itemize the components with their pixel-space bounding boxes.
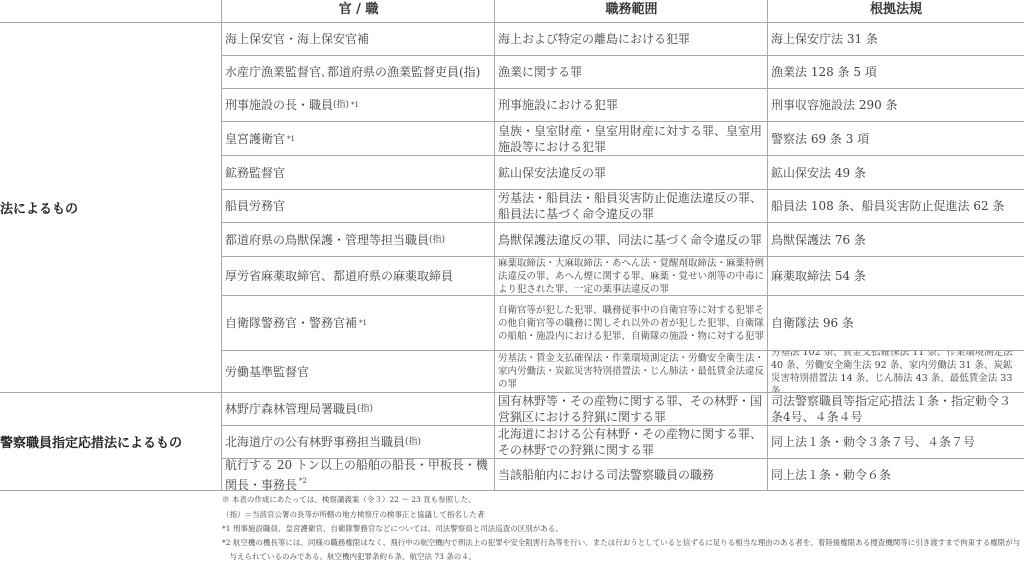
law-cell: 司法警察職員等指定応措法１条・指定勅令３条4号、４条４号 — [768, 393, 1024, 425]
official-name: 林野庁森林管理局署職員 — [225, 401, 357, 417]
scope-cell: 労基法・賃金支払確保法・作業環境測定法・労働安全衛生法・家内労働法・炭鉱災害特別… — [495, 351, 767, 392]
footnote-marker: *1 — [359, 315, 367, 331]
footnote-marker: *1 — [351, 97, 359, 113]
official-cell: 自衛隊警務官・警務官補*1 — [222, 296, 494, 350]
official-cell: 船員労務官 — [222, 190, 494, 222]
scope-cell: 海上および特定の離島における犯罪 — [495, 23, 767, 55]
scope-cell: 鳥獣保護法違反の罪、同法に基づく命令違反の罪 — [495, 223, 767, 256]
footnote: ※ 本表の作成にあたっては、検察講義案（令３）22 ～ 23 頁も参照した。 — [222, 494, 476, 505]
scope-cell: 労基法・船員法・船員災害防止促進法違反の罪、船員法に基づく命令違反の罪 — [495, 190, 767, 222]
footnote: *2 航空機の機長等には、同様の職務権限はなく、飛行中の航空機内で刑法上の犯罪や… — [222, 537, 1020, 548]
official-name: 航行する 20 トン以上の船舶の船長・甲板長・機関長・事務長 — [225, 459, 488, 490]
official-name: 自衛隊警務官・警務官補 — [225, 315, 357, 331]
official-name: 都道府県の鳥獣保護・管理等担当職員 — [225, 232, 429, 248]
group-label: 法によるもの — [0, 22, 78, 392]
designation-tag: (指) — [405, 434, 421, 450]
official-name: 皇宮護衛官 — [225, 131, 285, 147]
scope-cell: 自衛官等が犯した犯罪、職務従事中の自衛官等に対する犯罪その他自衛官等の職務に関し… — [495, 296, 767, 350]
official-name: 鉱務監督官 — [225, 165, 285, 181]
official-cell: 都道府県の鳥獣保護・管理等担当職員(指) — [222, 223, 494, 256]
designation-tag: (指) — [429, 232, 445, 248]
official-name: 船員労務官 — [225, 198, 285, 214]
designation-tag: (指) — [333, 97, 349, 113]
law-cell: 同上法１条・勅令３条７号、４条７号 — [768, 426, 1024, 458]
header-official: 官 / 職 — [222, 0, 495, 22]
official-name: 労働基準監督官 — [225, 364, 309, 380]
official-cell: 鉱務監督官 — [222, 156, 494, 189]
scope-cell: 国有林野等・その産物に関する罪、その林野・国営猟区における狩猟に関する罪 — [495, 393, 767, 425]
official-cell: 皇宮護衛官*1 — [222, 122, 494, 155]
footnote-marker: *1 — [287, 131, 295, 147]
footnote-marker: *2 — [299, 477, 307, 485]
official-name: 刑事施設の長・職員 — [225, 97, 333, 113]
official-name: 厚労省麻薬取締官、都道府県の麻薬取締員 — [225, 268, 453, 284]
table-bottom — [0, 490, 1024, 491]
scope-cell: 刑事施設における犯罪 — [495, 89, 767, 121]
law-cell: 自衛隊法 96 条 — [768, 296, 1024, 350]
official-name: 北海道庁の公有林野事務担当職員 — [225, 434, 405, 450]
scope-cell: 北海道における公有林野・その産物に関する罪、その林野での狩猟に関する罪 — [495, 426, 767, 458]
header-law: 根拠法規 — [768, 0, 1024, 22]
footnote: *1 刑事施設職員、皇宮護衛官、自衛隊警務官などについては、司法警察員と司法巡査… — [222, 523, 563, 534]
official-cell: 水産庁漁業監督官､都道府県の漁業監督吏員(指) — [222, 56, 494, 88]
group-label: 警察職員指定応措法によるもの — [0, 392, 182, 490]
law-cell: 海上保安庁法 31 条 — [768, 23, 1024, 55]
official-cell: 航行する 20 トン以上の船舶の船長・甲板長・機関長・事務長*2 — [222, 459, 494, 490]
law-cell: 麻薬取締法 54 条 — [768, 257, 1024, 295]
law-cell: 鳥獣保護法 76 条 — [768, 223, 1024, 256]
law-cell: 警察法 69 条 3 項 — [768, 122, 1024, 155]
official-cell: 海上保安官・海上保安官補 — [222, 23, 494, 55]
official-name: 水産庁漁業監督官､都道府県の漁業監督吏員(指) — [225, 64, 480, 80]
designation-tag: (指) — [357, 401, 373, 417]
law-cell: 鉱山保安法 49 条 — [768, 156, 1024, 189]
scope-cell: 当該船舶内における司法警察職員の職務 — [495, 459, 767, 490]
law-cell: 刑事収容施設法 290 条 — [768, 89, 1024, 121]
law-cell: 船員法 108 条、船員災害防止促進法 62 条 — [768, 190, 1024, 222]
official-name: 海上保安官・海上保安官補 — [225, 31, 369, 47]
header-scope: 職務範囲 — [495, 0, 768, 22]
law-cell: 労基法 102 条、賃金支払確保法 11 条、作業環境測定法 40 条、労働安全… — [768, 351, 1024, 392]
scope-cell: 漁業に関する罪 — [495, 56, 767, 88]
footnote: 与えられているのみである。航空機内犯罪条約６条、航空法 73 条の４。 — [222, 551, 476, 562]
law-cell: 同上法１条・勅令６条 — [768, 459, 1024, 490]
footnote: （指）＝当該官公署の長等が所轄の地方検察庁の検事正と協議して指名した者 — [222, 509, 485, 520]
official-cell: 厚労省麻薬取締官、都道府県の麻薬取締員 — [222, 257, 494, 295]
official-cell: 林野庁森林管理局署職員(指) — [222, 393, 494, 425]
scope-cell: 皇族・皇室財産・皇室用財産に対する罪、皇室用施設等における犯罪 — [495, 122, 767, 155]
law-cell: 漁業法 128 条 5 項 — [768, 56, 1024, 88]
official-cell: 刑事施設の長・職員(指)*1 — [222, 89, 494, 121]
official-cell: 北海道庁の公有林野事務担当職員(指) — [222, 426, 494, 458]
scope-cell: 麻薬取締法・大麻取締法・あへん法・覚醒剤取締法・麻薬特例法違反の罪、あへん煙に関… — [495, 257, 767, 295]
scope-cell: 鉱山保安法違反の罪 — [495, 156, 767, 189]
official-cell: 労働基準監督官 — [222, 351, 494, 392]
